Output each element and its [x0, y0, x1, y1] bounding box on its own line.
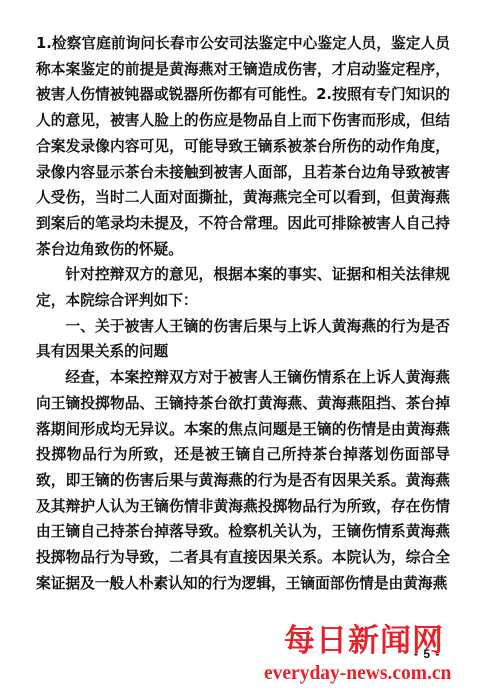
paragraph-expert-opinion: 1.检察官庭前询问长春市公安司法鉴定中心鉴定人员，鉴定人员称本案鉴定的前提是黄海… [36, 31, 450, 262]
document-body: 1.检察官庭前询问长春市公安司法鉴定中心鉴定人员，鉴定人员称本案鉴定的前提是黄海… [36, 31, 450, 596]
section-heading-causation: 一、关于被害人王镝的伤害后果与上诉人黄海燕的行为是否具有因果关系的问题 [36, 314, 450, 365]
watermark-site-domain: everyday-news.com.cn [264, 662, 451, 686]
paragraph-findings: 经查，本案控辩双方对于被害人王镝伤情系在上诉人黄海燕向王镝投掷物品、王镝持茶台欲… [36, 365, 450, 596]
page-number: - 5 - [414, 646, 440, 662]
site-watermark: 每日新闻网 everyday-news.com.cn [262, 618, 472, 690]
paragraph-court-assessment-intro: 针对控辩双方的意见，根据本案的事实、证据和相关法律规定，本院综合评判如下： [36, 262, 450, 313]
